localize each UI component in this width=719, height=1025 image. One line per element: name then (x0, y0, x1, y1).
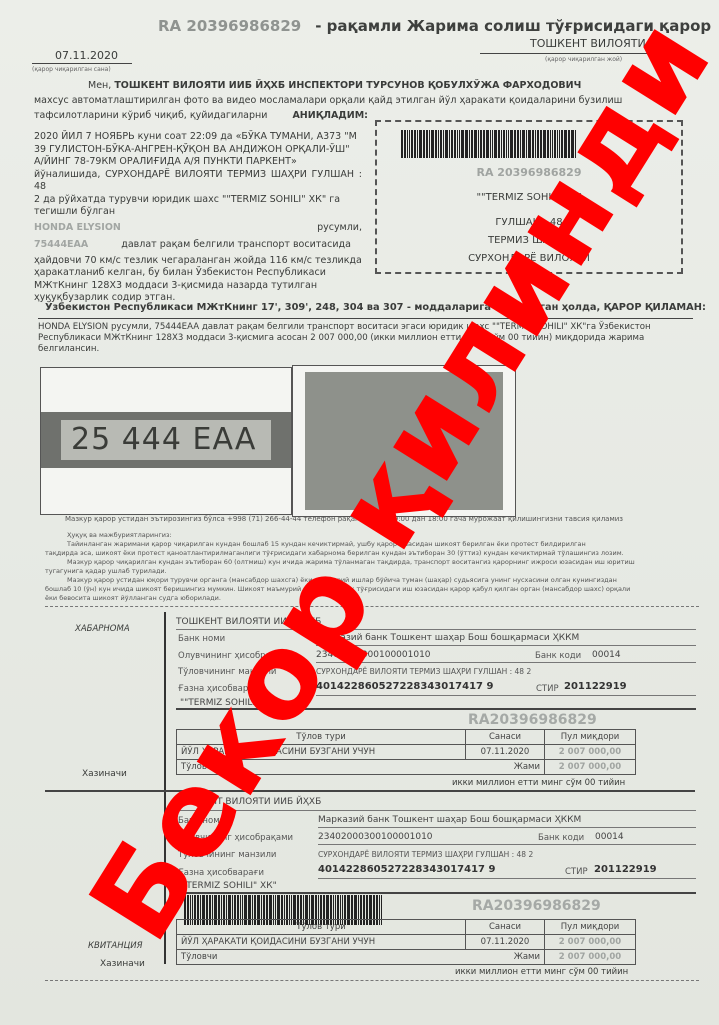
receipt-2-ra: RA20396986829 (472, 898, 601, 914)
address-owner: ""TERMIZ SOHILI" ХК (377, 192, 681, 203)
address-region: СУРХОНДАРЁ ВИЛОЯТИ (377, 253, 681, 264)
address-ra: RA 20396986829 (377, 166, 681, 179)
contact-note: Мазкур қарор устидан эътирозингиз бўлса … (65, 513, 623, 525)
fine-decision-document: RA 20396986829- рақамли Жарима солиш тўғ… (0, 0, 719, 1025)
inspector-name: ТОШКЕНТ ВИЛОЯТИ ИИБ ЙҲХБ ИНСПЕКТОРИ ТУРС… (114, 80, 581, 91)
receipt-2-bank-name: Марказий банк Тошкент шаҳар Бош бошқарма… (318, 814, 581, 826)
receipt-1-side-label: ХАБАРНОМА (75, 623, 130, 635)
intro-line-3: тафсилотларини кўриб чиқиб, қуйидагиларн… (34, 110, 368, 122)
decision-text: HONDA ELYSION русумли, 75444EAA давлат р… (38, 322, 651, 355)
receipt-1-amount-words: икки миллион етти минг сўм 00 тийин (452, 777, 625, 789)
receipt-2-account: 23402000300100001010 (318, 831, 433, 843)
receipt-2-treasury: 401422860527228343017417 9 (318, 864, 495, 876)
decision-date: 07.11.2020 (55, 50, 118, 62)
title-text: - рақамли Жарима солиш тўғрисидаги қарор (315, 17, 711, 35)
receipt-1-total: 2 007 000,00 (545, 760, 636, 775)
inspector-line: Мен, ТОШКЕНТ ВИЛОЯТИ ИИБ ЙҲХБ ИНСПЕКТОРИ… (88, 80, 581, 92)
intro-line-2: махсус автоматлаштирилган фото ва видео … (34, 95, 622, 107)
receipt-2-amount-words: икки миллион етти минг сўм 00 тийин (455, 966, 628, 978)
established-label: АНИҚЛАДИМ: (292, 110, 368, 121)
receipt-1-account: 23402000300100001010 (316, 649, 431, 661)
receipt-2-total: 2 007 000,00 (545, 950, 636, 965)
vehicle-model: HONDA ELYSION (34, 222, 121, 235)
receipt-1-ra: RA20396986829 (468, 712, 597, 728)
document-title: RA 20396986829- рақамли Жарима солиш тўғ… (158, 17, 711, 35)
plate-photo-text: 25 444 EAA (61, 420, 271, 460)
vehicle-plate: 75444EAA (34, 239, 88, 250)
address-city: ТЕРМИЗ ШАҲРИ (377, 235, 681, 246)
camera-photo (292, 365, 516, 517)
decision-number: RA 20396986829 (158, 17, 301, 35)
receipt-1-stir: 201122919 (564, 681, 627, 693)
receipt-1-cashier-label: Хазиначи (82, 768, 127, 780)
decision-heading: Ўзбекистон Республикаси МЖтКнинг 17', 30… (45, 302, 706, 314)
receipt-2-bank-code: 00014 (595, 831, 624, 843)
receipt-1-bank-code: 00014 (592, 649, 621, 661)
decision-region: ТОШКЕНТ ВИЛОЯТИ (530, 38, 646, 50)
receipt-1-org: ТОШКЕНТ ВИЛОЯТИ ИИБ ЙҲХБ (176, 616, 321, 628)
address-street: ГУЛШАН : 48 (377, 217, 681, 228)
plate-photo: 25 444 EAA (40, 367, 292, 515)
date-caption: (қарор чиқарилган сана) (32, 66, 111, 73)
region-caption: (қарор чиқарилган жой) (545, 56, 622, 63)
receipt-2-side-label: КВИТАНЦИЯ (88, 940, 143, 952)
receipt-1-treasury: 401422860527228343017417 9 (316, 681, 493, 693)
receipt-2-cashier-label: Хазиначи (100, 958, 145, 970)
receipt-2-payer-address: СУРХОНДАРЁ ВИЛОЯТИ ТЕРМИЗ ШАҲРИ ГУЛШАН :… (318, 849, 533, 861)
receipt-2-payment-table: Тўлов тури Санаси Пул миқдори ЙЎЛ ҲАРАКА… (176, 919, 636, 965)
address-box: RA 20396986829 ""TERMIZ SOHILI" ХК ГУЛША… (375, 120, 683, 274)
rights-section: Ҳуқуқ ва мажбуриятларингиз: Тайинланган … (45, 531, 695, 603)
receipt-2-payer: ""TERMIZ SOHILI" ХК" (178, 880, 277, 892)
receipt-1-bank-name: Марказий банк Тошкент шаҳар Бош бошқарма… (316, 632, 579, 644)
facts-paragraph: 2020 ЙИЛ 7 НОЯБРЬ куни соат 22:09 да «БЎ… (34, 131, 362, 305)
barcode (401, 130, 576, 158)
receipt-2-org: ТОШКЕНТ ВИЛОЯТИ ИИБ ЙҲХБ (176, 796, 321, 808)
receipt-2-stir: 201122919 (594, 864, 657, 876)
receipt-1-payer-address: СУРХОНДАРЁ ВИЛОЯТИ ТЕРМИЗ ШАҲРИ ГУЛШАН :… (316, 666, 531, 678)
receipt-1-payment-table: Тўлов тури Санаси Пул миқдори ЙЎЛ ҲАРАКА… (176, 729, 636, 775)
